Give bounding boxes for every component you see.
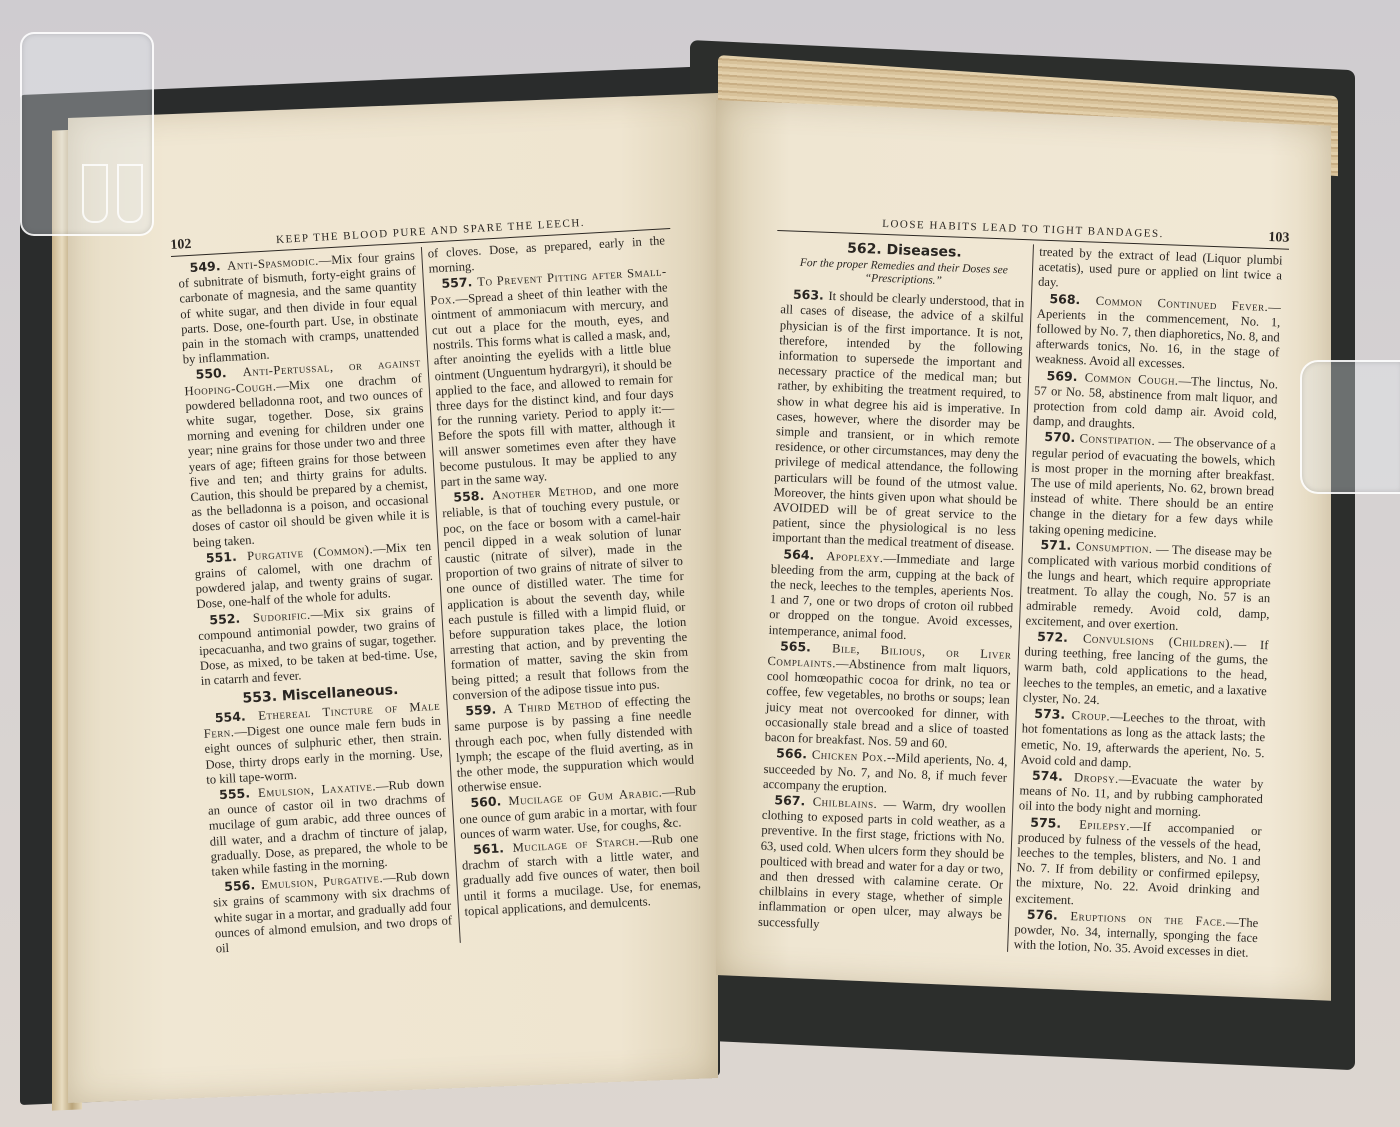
entry-number: 551. [205, 548, 247, 565]
right-page-column-1: 562. Diseases.For the proper Remedies an… [751, 235, 1032, 952]
entry-number: 565. [780, 638, 833, 655]
entry-number: 576. [1027, 906, 1071, 923]
entry-number: 570. [1044, 429, 1080, 445]
entry-number: 567. [774, 792, 813, 808]
recipe-entry: 558. Another Method, and one more reliab… [441, 477, 690, 704]
recipe-entry: 557. To Prevent Pitting after Small-Pox.… [429, 264, 678, 491]
entry-number: 555. [219, 785, 259, 802]
recipe-entry: 563. It should be clearly understood, th… [772, 286, 1025, 554]
entry-text: —Abstinence from malt liquors, cool homœ… [764, 657, 1011, 751]
entry-text: —If accompanied or produced by fulness o… [1015, 819, 1262, 907]
right-page-content: LOOSE HABITS LEAD TO TIGHT BANDAGES. 103… [751, 212, 1289, 962]
recipe-entry: 571. Consumption. — The disease may be c… [1025, 536, 1272, 637]
entry-number: 549. [189, 258, 227, 275]
entry-number: 564. [783, 546, 826, 563]
entry-number: 573. [1034, 706, 1072, 722]
entry-text: —Mix one drachm of powdered belladonna r… [185, 371, 430, 550]
recipe-entry: 559. A Third Method of effecting the sam… [453, 691, 695, 796]
recipe-entry: 552. Sudorific.—Mix six grains of compou… [197, 599, 438, 689]
entry-number: 558. [453, 488, 492, 505]
entry-number: 557. [441, 274, 478, 291]
recipe-entry: 569. Common Cough.—The linctus, No. 57 o… [1033, 367, 1279, 438]
left-page-column-2: of cloves. Dose, as prepared, early in t… [420, 233, 709, 943]
recipe-entry: 574. Dropsy.—Evacuate the water by means… [1019, 767, 1264, 823]
recipe-entry: 556. Emulsion, Purgative.—Rub down six g… [212, 867, 453, 957]
entry-text: —Spread a sheet of thin leather with the… [431, 280, 677, 489]
recipe-entry: 567. Chilblains. — Warm, dry woollen clo… [758, 792, 1006, 939]
right-page-column-2: treated by the extract of lead (Liquor p… [1007, 244, 1289, 961]
left-page-content: 102 KEEP THE BLOOD PURE AND SPARE THE LE… [170, 210, 709, 957]
entry-number: 566. [776, 746, 812, 762]
recipe-entry: 575. Epilepsy.—If accompanied or produce… [1015, 814, 1262, 915]
recipe-entry: 573. Croup.—Leeches to the throat, with … [1020, 705, 1266, 776]
entry-text: and one more reliable, is that of touchi… [442, 478, 689, 703]
recipe-entry: 554. Ethereal Tincture of Male Fern.—Dig… [202, 698, 443, 788]
recipe-entry: 564. Apoplexy.—Immediate and large bleed… [768, 546, 1015, 647]
page-clip-right-icon [1300, 360, 1400, 494]
entry-number: 554. [214, 708, 258, 725]
entry-number: 561. [473, 840, 513, 857]
recipe-entry: 550. Anti-Pertussal, or against Hooping-… [183, 355, 430, 551]
left-page-column-1: 549. Anti-Spasmodic.—Mix four grains of … [171, 247, 459, 957]
recipe-entry: 549. Anti-Spasmodic.—Mix four grains of … [177, 247, 420, 368]
entry-title: Sudorific. [253, 607, 311, 624]
entry-number: 574. [1032, 768, 1075, 785]
entry-title: Consumption. [1076, 539, 1153, 556]
entry-number: 552. [209, 610, 253, 627]
recipe-entry: 572. Convulsions (Children).— If during … [1023, 628, 1269, 714]
entry-title: Epilepsy. [1079, 817, 1130, 833]
entry-title: Constipation. [1079, 432, 1155, 449]
entry-number: 569. [1046, 368, 1085, 384]
entry-number: 563. [793, 287, 829, 303]
entry-title: Chilblains. [813, 795, 878, 811]
recipe-entry: 561. Mucilage of Starch.—Rub one drachm … [461, 829, 702, 919]
entry-number: 572. [1037, 629, 1083, 646]
entry-title: Chicken Pox. [812, 748, 888, 765]
page-number-right: 103 [1268, 230, 1290, 247]
recipe-entry: 568. Common Continued Fever.—Aperients i… [1035, 290, 1281, 376]
entry-text: —Immediate and large bleeding from the a… [768, 551, 1015, 642]
entry-title: Croup. [1071, 708, 1110, 723]
entry-number: 559. [465, 701, 504, 718]
recipe-entry: 576. Eruptions on the Face.—The powder, … [1014, 906, 1259, 962]
page-clip-left-icon [20, 32, 154, 236]
entry-number: 556. [224, 877, 262, 894]
page-number-left: 102 [170, 237, 192, 254]
entry-number: 550. [195, 365, 243, 383]
recipe-entry: 565. Bile, Bilious, or Liver Complaints.… [764, 638, 1011, 754]
entry-title: Dropsy. [1074, 770, 1119, 786]
clip-tooth [82, 164, 108, 223]
recipe-entry: 555. Emulsion, Laxative.—Rub down an oun… [207, 774, 449, 879]
entry-number: 575. [1030, 814, 1079, 831]
entry-number: 571. [1040, 537, 1076, 553]
entry-number: 560. [470, 793, 509, 810]
entry-text: treated by the extract of lead (Liquor p… [1038, 245, 1283, 290]
entry-title: Apoplexy. [826, 549, 884, 565]
entry-number: 568. [1049, 291, 1096, 308]
recipe-entry: 570. Constipation. — The observance of a… [1029, 429, 1276, 545]
entry-text: — The observance of a regular period of … [1029, 434, 1276, 539]
entry-text: It should be clearly understood, that in… [772, 289, 1025, 553]
clip-tooth [117, 164, 143, 223]
entry-text: — Warm, dry woollen clothing to exposed … [758, 797, 1006, 931]
